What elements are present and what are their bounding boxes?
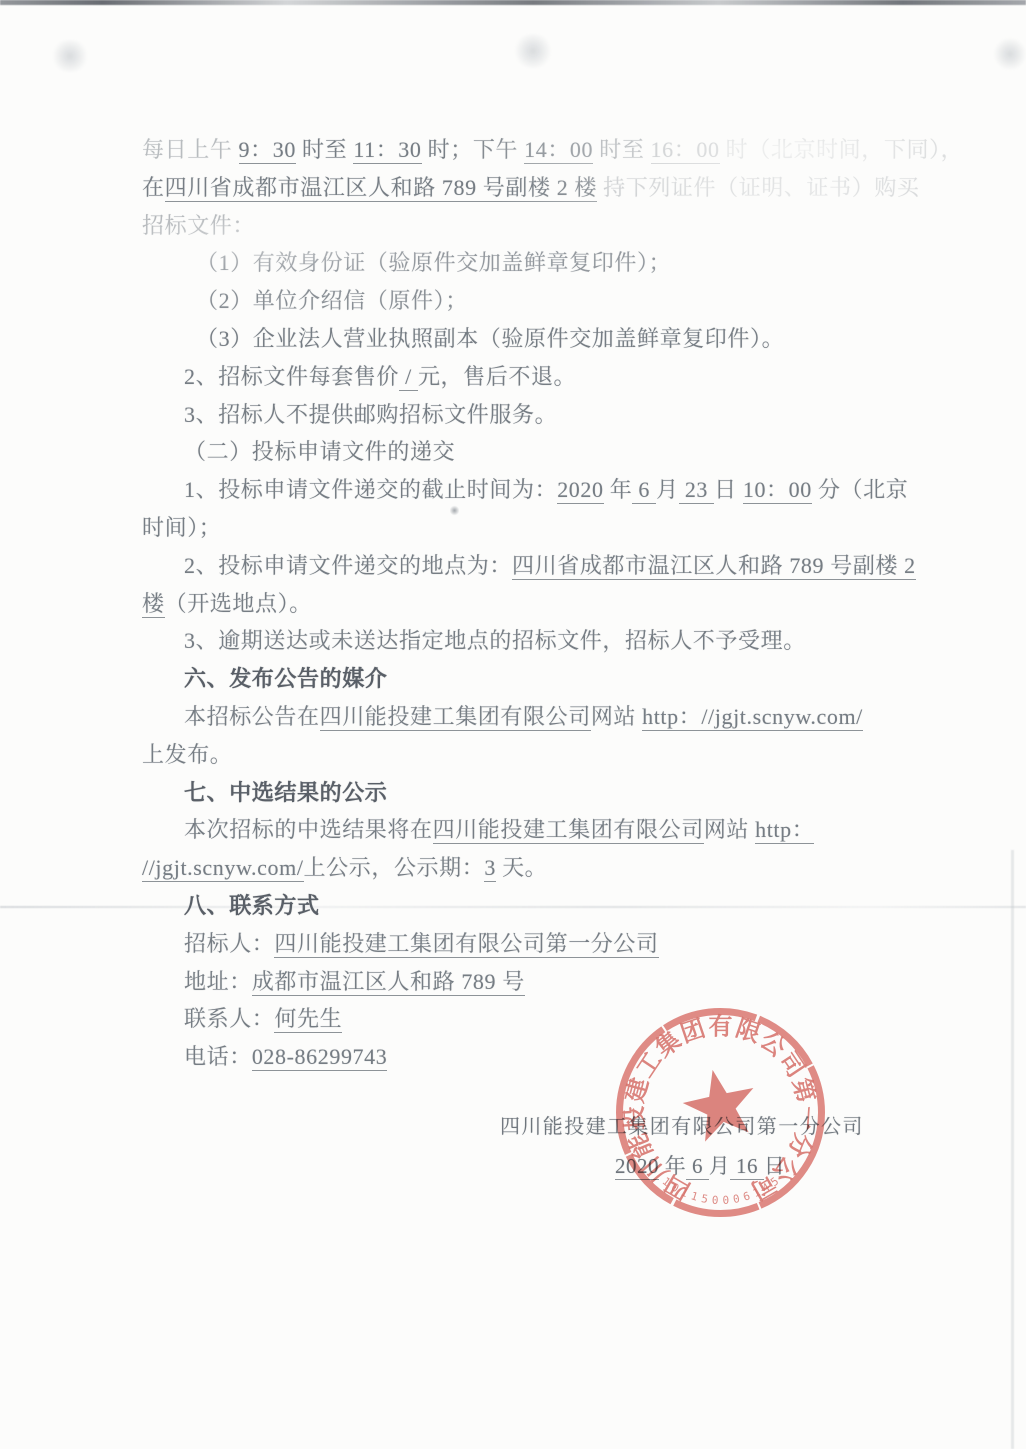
- seal-ring-char: 一: [792, 1105, 822, 1131]
- section-heading: 七、中选结果的公示: [142, 774, 942, 812]
- company-seal: 四川能投建工集团有限公司第一分公司 101150006145: [583, 975, 860, 1252]
- text-run: 时（北京时间，下同），: [720, 137, 964, 162]
- doc-line: 1、投标申请文件递交的截止时间为：2020 年 6 月 23 日 10：00 分…: [142, 471, 942, 509]
- underlined-text: 11：30: [353, 137, 421, 164]
- text-run: 月: [656, 477, 679, 502]
- scan-streak: [1011, 850, 1014, 1449]
- underlined-text: 9：30: [239, 137, 296, 164]
- underlined-text: 3: [484, 855, 496, 882]
- text-run: 本招标公告在: [184, 704, 320, 729]
- doc-line: 本招标公告在四川能投建工集团有限公司网站 http：//jgjt.scnyw.c…: [142, 698, 942, 736]
- text-run: 地址：: [184, 969, 252, 994]
- text-run: 3、逾期送达或未送达指定地点的招标文件，招标人不予受理。: [184, 628, 806, 653]
- scanned-document-page: { "colors": { "ink": "#767d84", "ink_bol…: [0, 0, 1026, 1449]
- text-run: 持下列证件（证明、证书）购买: [597, 175, 920, 200]
- scan-smudge: [510, 34, 556, 68]
- text-run: 年: [604, 477, 633, 502]
- doc-line: 2、投标申请文件递交的地点为：四川省成都市温江区人和路 789 号副楼 2: [142, 547, 942, 585]
- text-run: （开选地点）。: [165, 591, 312, 616]
- underlined-text: 四川省成都市温江区人和路 789 号副楼 2 楼: [165, 175, 597, 202]
- doc-line: 本次招标的中选结果将在四川能投建工集团有限公司网站 http：: [142, 811, 942, 849]
- underlined-text: 16：00: [651, 137, 720, 164]
- text-run: （1）有效身份证（验原件交加盖鲜章复印件）；: [196, 250, 671, 275]
- scanner-edge-artifact: [0, 0, 1026, 5]
- underlined-text: /: [399, 364, 418, 391]
- text-run: 2、投标申请文件递交的地点为：: [184, 553, 512, 578]
- underlined-text: 2020: [557, 477, 603, 504]
- text-run: 电话：: [184, 1044, 252, 1069]
- text-run: 网站: [591, 704, 642, 729]
- doc-line: //jgjt.scnyw.com/上公示，公示期：3 天。: [142, 849, 942, 887]
- seal-serial-digit: 0: [722, 1194, 729, 1207]
- doc-line: 每日上午 9：30 时至 11：30 时；下午 14：00 时至 16：00 时…: [142, 131, 942, 169]
- seal-serial-digit: 0: [732, 1192, 741, 1206]
- seal-serial-digit: 1: [689, 1189, 699, 1203]
- doc-line: 3、逾期送达或未送达指定地点的招标文件，招标人不予受理。: [142, 622, 942, 660]
- text-run: （3）企业法人营业执照副本（验原件交加盖鲜章复印件）。: [196, 326, 784, 351]
- text-run: 元，售后不退。: [418, 364, 576, 389]
- text-run: 七、中选结果的公示: [184, 780, 387, 805]
- text-run: 本次招标的中选结果将在: [184, 817, 433, 842]
- text-run: 网站: [704, 817, 755, 842]
- doc-line: （1）有效身份证（验原件交加盖鲜章复印件）；: [142, 244, 942, 282]
- doc-line: 2、招标文件每套售价 / 元，售后不退。: [142, 358, 942, 396]
- doc-line: 在四川省成都市温江区人和路 789 号副楼 2 楼 持下列证件（证明、证书）购买: [142, 169, 942, 207]
- section-heading: 八、联系方式: [142, 887, 942, 925]
- seal-star-icon: [677, 1062, 762, 1144]
- text-run: 上公示，公示期：: [304, 855, 485, 880]
- doc-line: 招标文件：: [142, 207, 942, 245]
- seal-serial-digit: 6: [742, 1189, 752, 1203]
- doc-line: 楼（开选地点）。: [142, 585, 942, 623]
- underlined-text: 楼: [142, 591, 165, 618]
- section-heading: 六、发布公告的媒介: [142, 660, 942, 698]
- seal-ring-char: 有: [709, 1013, 733, 1041]
- text-run: 联系人：: [184, 1006, 274, 1031]
- text-run: 天。: [496, 855, 547, 880]
- doc-line: 上发布。: [142, 736, 942, 774]
- text-run: （2）单位介绍信（原件）；: [196, 288, 468, 313]
- text-run: 六、发布公告的媒介: [184, 666, 387, 691]
- underlined-text: 四川省成都市温江区人和路 789 号副楼 2: [512, 553, 916, 580]
- text-run: 在: [142, 175, 165, 200]
- text-run: 时至: [296, 137, 353, 162]
- seal-serial-digit: 5: [700, 1192, 709, 1206]
- underlined-text: 何先生: [274, 1006, 342, 1033]
- text-run: 时；下午: [422, 137, 525, 162]
- document-body: 每日上午 9：30 时至 11：30 时；下午 14：00 时至 16：00 时…: [142, 131, 942, 1076]
- underlined-text: 028-86299743: [252, 1044, 388, 1071]
- seal-serial-digit: 0: [711, 1194, 718, 1207]
- text-run: 上发布。: [142, 742, 232, 767]
- text-run: 分（北京: [812, 477, 909, 502]
- text-run: 八、联系方式: [184, 893, 320, 918]
- scan-smudge: [48, 40, 92, 72]
- underlined-text: //jgjt.scnyw.com/: [142, 855, 304, 882]
- underlined-text: 23: [679, 477, 714, 504]
- doc-line: 招标人：四川能投建工集团有限公司第一分公司: [142, 925, 942, 963]
- text-run: 招标文件：: [142, 213, 255, 238]
- text-run: （二）投标申请文件的递交: [184, 439, 455, 464]
- underlined-text: 10：00: [743, 477, 812, 504]
- seal-ring-char: 投: [620, 1105, 650, 1131]
- doc-line: 时间）；: [142, 509, 942, 547]
- underlined-text: 四川能投建工集团有限公司: [433, 817, 704, 844]
- text-run: 招标人：: [184, 931, 274, 956]
- underlined-text: 成都市温江区人和路 789 号: [252, 969, 525, 996]
- text-run: 3、招标人不提供邮购招标文件服务。: [184, 402, 557, 427]
- underlined-text: 14：00: [524, 137, 593, 164]
- text-run: 2、招标文件每套售价: [184, 364, 399, 389]
- underlined-text: http：: [755, 817, 814, 844]
- text-run: 日: [714, 477, 743, 502]
- doc-line: （3）企业法人营业执照副本（验原件交加盖鲜章复印件）。: [142, 320, 942, 358]
- doc-line: （二）投标申请文件的递交: [142, 433, 942, 471]
- underlined-text: 四川能投建工集团有限公司: [320, 704, 591, 731]
- seal-ring-char: 第: [787, 1075, 820, 1105]
- doc-line: （2）单位介绍信（原件）；: [142, 282, 942, 320]
- text-run: 时间）；: [142, 515, 221, 540]
- doc-line: 3、招标人不提供邮购招标文件服务。: [142, 396, 942, 434]
- underlined-text: 四川能投建工集团有限公司第一分公司: [274, 931, 658, 958]
- scan-smudge: [990, 38, 1026, 70]
- underlined-text: http：//jgjt.scnyw.com/: [642, 704, 863, 731]
- text-run: 每日上午: [142, 137, 239, 162]
- text-run: 1、投标申请文件递交的截止时间为：: [184, 477, 557, 502]
- underlined-text: 6: [632, 477, 656, 504]
- text-run: 时至: [593, 137, 650, 162]
